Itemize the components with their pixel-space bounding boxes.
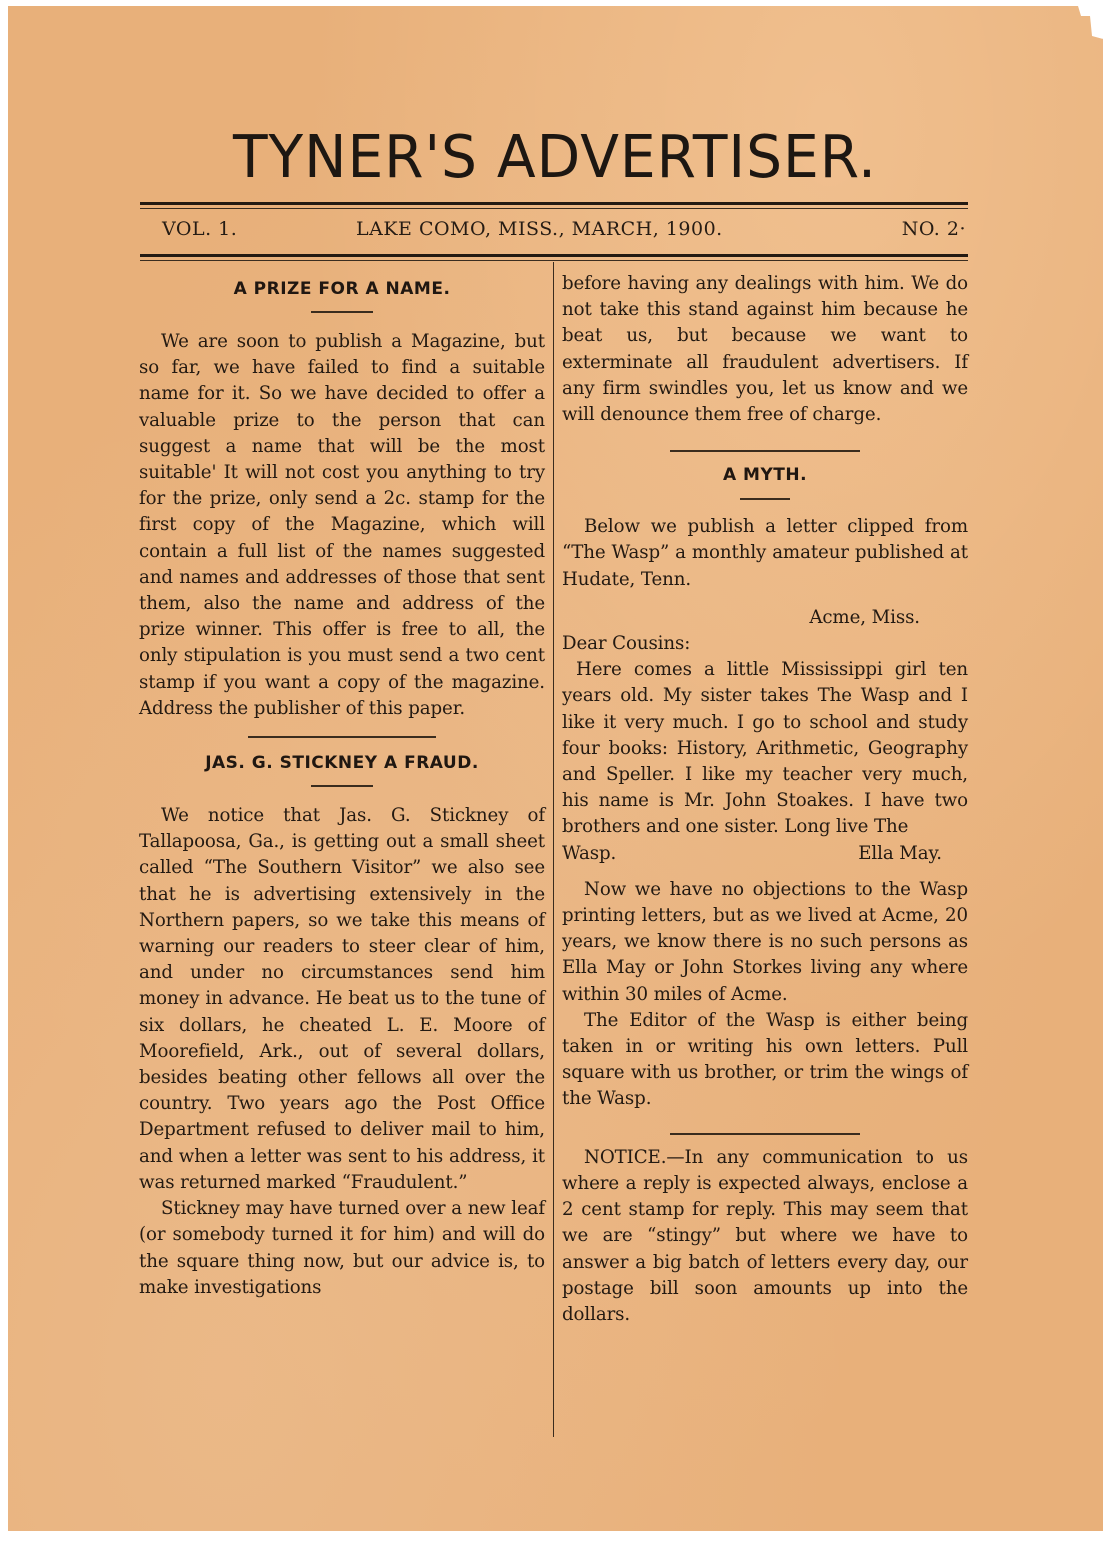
article-prize-body: We are soon to publish a Magazine, but s… <box>139 329 545 722</box>
column-divider <box>553 262 554 1437</box>
letter-end: Wasp. <box>562 841 616 867</box>
volume-label: VOL. 1. <box>162 218 237 240</box>
section-rule <box>670 450 860 452</box>
heading-prize: A PRIZE FOR A NAME. <box>139 276 545 302</box>
article-stickney-para2-start: Stickney may have turned over a new leaf… <box>139 1196 545 1301</box>
short-rule <box>311 785 373 787</box>
section-rule <box>670 1133 860 1135</box>
heading-myth: A MYTH. <box>562 462 968 488</box>
article-myth-response: Now we have no objections to the Wasp pr… <box>562 877 968 1008</box>
short-rule <box>740 498 790 500</box>
heading-stickney: JAS. G. STICKNEY A FRAUD. <box>139 750 545 776</box>
letter-salutation: Dear Cousins: <box>562 631 968 657</box>
letter-signoff: Wasp. Ella May. <box>562 841 968 867</box>
article-myth-intro: Below we publish a letter clipped from “… <box>562 514 968 593</box>
left-column: A PRIZE FOR A NAME. We are soon to publi… <box>139 272 545 1301</box>
masthead-rule-top <box>140 202 968 209</box>
place-date: LAKE COMO, MISS., MARCH, 1900. <box>356 218 723 240</box>
short-rule <box>311 311 373 313</box>
notice-body: NOTICE.—In any communication to us where… <box>562 1145 968 1328</box>
article-stickney-para2-continued: before having any dealings with him. We … <box>562 271 968 428</box>
issue-number: NO. 2· <box>902 218 966 240</box>
masthead-rule-bottom <box>140 254 968 261</box>
letter-signature: Ella May. <box>858 841 942 867</box>
article-stickney-para1: We notice that Jas. G. Stickney of Talla… <box>139 803 545 1196</box>
letter-place: Acme, Miss. <box>562 605 968 631</box>
masthead-title: TYNER'S ADVERTISER. <box>157 122 954 192</box>
section-rule <box>248 736 436 738</box>
dateline: VOL. 1. LAKE COMO, MISS., MARCH, 1900. N… <box>140 218 968 244</box>
article-myth-editor: The Editor of the Wasp is either being t… <box>562 1008 968 1113</box>
right-column: before having any dealings with him. We … <box>562 271 968 1328</box>
letter-body: Here comes a little Mississippi girl ten… <box>562 657 968 840</box>
